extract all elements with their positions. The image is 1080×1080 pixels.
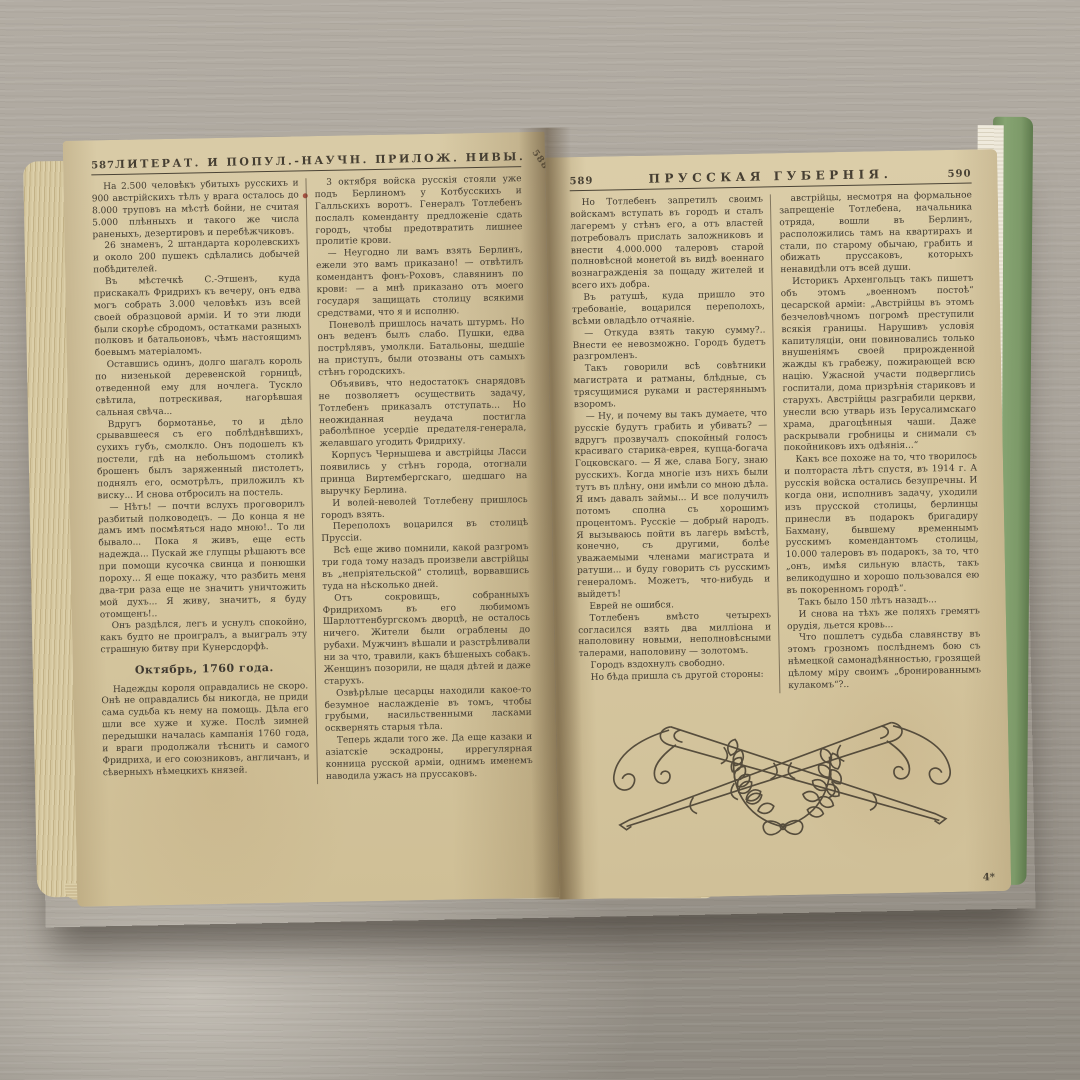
- paragraph: — Неугодно ли вамъ взять Берлинъ, ежели …: [316, 245, 524, 320]
- section-heading: Октябрь, 1760 года.: [101, 660, 308, 678]
- paragraph: Но бѣда пришла съ другой стороны:: [579, 669, 772, 685]
- left-page-columns: На 2.500 человѣкъ убитыхъ русскихъ и 900…: [91, 174, 533, 788]
- paragraph: Въ мѣстечкѣ С.-Этшенъ, куда прискакалъ Ф…: [93, 273, 302, 360]
- right-page-header: 589 ПРУССКАЯ ГУБЕРНІЯ. 590: [569, 166, 971, 192]
- left-page-header: 587 ЛИТЕРАТ. И ПОПУЛ.-НАУЧН. ПРИЛОЖ. НИВ…: [91, 150, 521, 175]
- paragraph: Такъ говорили всѣ совѣтники магистрата и…: [573, 361, 767, 412]
- paragraph: Объявивъ, что недостатокъ снарядовъ не п…: [318, 376, 526, 451]
- paragraph: Вдругъ бормотанье, то и дѣло срывавшееся…: [96, 416, 305, 503]
- paragraph: 26 знаменъ, 2 штандарта королевскихъ и о…: [93, 238, 301, 278]
- paragraph: — Откуда взять такую сумму?.. Внести ее …: [572, 325, 766, 364]
- right-page-title: ПРУССКАЯ ГУБЕРНІЯ.: [648, 167, 892, 186]
- paragraph: 3 октября войска русскія стояли уже подъ…: [314, 174, 522, 249]
- paragraph: Отъ сокровищъ, собранныхъ Фридрихомъ въ …: [322, 590, 531, 689]
- right-page: 589 ПРУССКАЯ ГУБЕРНІЯ. 590 Но Тотлебенъ …: [545, 149, 1011, 900]
- right-page-number-right: 590: [948, 169, 972, 180]
- paragraph: Корпусъ Чернышева и австрійцы Ласси появ…: [320, 447, 528, 498]
- paragraph: Озвѣрѣлые цесарцы находили какое-то безу…: [324, 685, 532, 736]
- paragraph: Историкъ Архенгольцъ такъ пишетъ объ это…: [780, 274, 976, 456]
- paragraph: Поневолѣ пришлось начать штурмъ. Но онъ …: [317, 317, 525, 380]
- left-page-column-2: 3 октября войска русскія стояли уже подъ…: [305, 174, 533, 784]
- right-page-number-left: 589: [569, 176, 593, 187]
- paragraph: Что пошлетъ судьба славянству въ этомъ г…: [787, 630, 981, 693]
- paragraph: Всѣ еще живо помнили, какой разгромъ три…: [322, 542, 530, 593]
- paragraph: Но Тотлебенъ запретилъ своимъ войскамъ в…: [570, 195, 765, 294]
- right-page-column-1: Но Тотлебенъ запретилъ своимъ войскамъ в…: [570, 194, 780, 696]
- crossed-trumpets-laurel-wreath-vignette: [580, 699, 985, 851]
- left-page-title: ЛИТЕРАТ. И ПОПУЛ.-НАУЧН. ПРИЛОЖ. НИВЫ.: [115, 150, 526, 171]
- paragraph: На 2.500 человѣкъ убитыхъ русскихъ и 900…: [91, 178, 299, 241]
- open-book: 587 ЛИТЕРАТ. И ПОПУЛ.-НАУЧН. ПРИЛОЖ. НИВ…: [20, 108, 1043, 927]
- paragraph: Онъ раздѣлся, легъ и уснулъ спокойно, ка…: [100, 618, 308, 658]
- paragraph: Теперь ждали того же. Да еще казаки и аз…: [325, 732, 533, 783]
- paragraph: Въ ратушѣ, куда пришло это требованіе, в…: [572, 289, 766, 328]
- paragraph: Оставшись одинъ, долго шагалъ король по …: [95, 357, 303, 420]
- right-page-columns: Но Тотлебенъ запретилъ своимъ войскамъ в…: [570, 190, 982, 696]
- right-page-column-2: австрійцы, несмотря на формальное запрещ…: [770, 190, 982, 693]
- signature-mark: 4*: [983, 872, 995, 883]
- left-page-column-1: На 2.500 человѣкъ убитыхъ русскихъ и 900…: [91, 178, 317, 788]
- paragraph: Какъ все похоже на то, что творилось и п…: [784, 452, 980, 598]
- paragraph: Тотлебенъ вмѣсто четырехъ согласился взя…: [578, 610, 772, 661]
- wooden-table-background: 587 ЛИТЕРАТ. И ПОПУЛ.-НАУЧН. ПРИЛОЖ. НИВ…: [0, 0, 1080, 1080]
- paragraph: — Нѣтъ! — почти вслухъ проговорилъ разби…: [98, 499, 307, 622]
- paragraph: австрійцы, несмотря на формальное запрещ…: [779, 190, 974, 277]
- paragraph: — Ну, и почему вы такъ думаете, что русс…: [574, 408, 771, 602]
- left-page-number-left: 587: [91, 160, 115, 171]
- paragraph: Надежды короля оправдались не скоро. Онѣ…: [101, 681, 310, 780]
- left-page: 587 ЛИТЕРАТ. И ПОПУЛ.-НАУЧН. ПРИЛОЖ. НИВ…: [63, 132, 560, 907]
